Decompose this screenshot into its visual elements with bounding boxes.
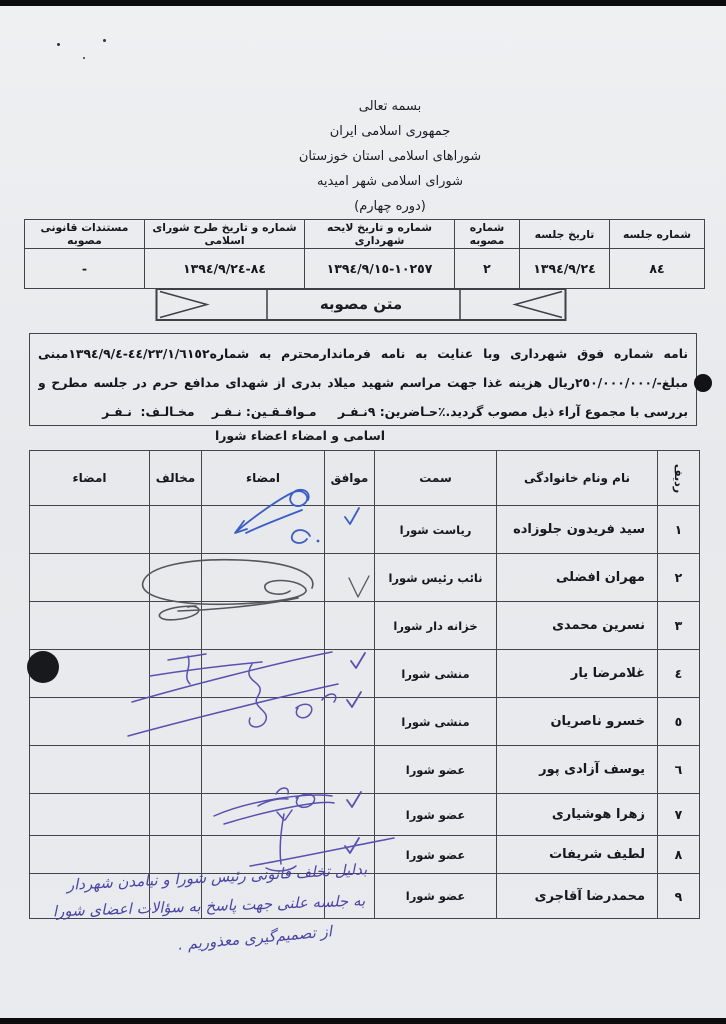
col-signature-agree: امضاء bbox=[202, 451, 325, 506]
scan-edge-bottom bbox=[0, 1018, 726, 1024]
member-row-7: ٧ زهرا هوشیاری عضو شورا bbox=[30, 794, 700, 836]
member-row-1: ١ سید فریدون جلوزاده ریاست شورا bbox=[30, 506, 700, 554]
col-session-date: تاریخ جلسه bbox=[520, 220, 610, 249]
legal-documentation-value: - bbox=[25, 249, 145, 289]
opposed-cell bbox=[150, 794, 202, 836]
header-line-basmala: بسمه تعالی bbox=[200, 94, 580, 119]
opposed-signature-cell bbox=[30, 836, 150, 874]
opposed-cell bbox=[150, 746, 202, 794]
signature-cell bbox=[202, 554, 325, 602]
member-position: منشی شورا bbox=[375, 650, 497, 698]
signature-cell bbox=[202, 602, 325, 650]
scanned-council-resolution-page: بسمه تعالی جمهوری اسلامی ایران شوراهای ا… bbox=[0, 0, 726, 1024]
agree-cell bbox=[325, 602, 375, 650]
member-row-5: ٥ خسرو ناصریان منشی شورا bbox=[30, 698, 700, 746]
agree-cell bbox=[325, 746, 375, 794]
agree-cell bbox=[325, 506, 375, 554]
col-resolution-number: شماره مصوبه bbox=[455, 220, 520, 249]
col-municipality-bill: شماره و تاریخ لایحه شهرداری bbox=[305, 220, 455, 249]
row-number: ٨ bbox=[658, 836, 700, 874]
row-number: ٧ bbox=[658, 794, 700, 836]
body-line-1: نامه شماره فوق شهرداری وبا عنایت به نامه… bbox=[38, 339, 688, 368]
member-name: محمدرضا آقاجری bbox=[497, 874, 658, 919]
member-row-4: ٤ غلامرضا یار منشی شورا bbox=[30, 650, 700, 698]
signatures-section-heading: اسامی و امضاء اعضاء شورا bbox=[150, 428, 450, 443]
row-number: ٥ bbox=[658, 698, 700, 746]
signature-cell bbox=[202, 650, 325, 698]
col-position: سمت bbox=[375, 451, 497, 506]
header-line-country: جمهوری اسلامی ایران bbox=[200, 119, 580, 144]
member-name: مهران افضلی bbox=[497, 554, 658, 602]
body-line-3: بررسی با مجموع آراء ذیل مصوب گردید.٪حـاض… bbox=[38, 397, 688, 426]
signature-cell bbox=[202, 506, 325, 554]
opposed-cell bbox=[150, 554, 202, 602]
handwritten-note-line-3: از تصمیم‌گیری معذوریم . bbox=[140, 919, 371, 957]
ribbon-title: متن مصوبه bbox=[155, 287, 567, 322]
signature-cell bbox=[202, 698, 325, 746]
row-number: ٣ bbox=[658, 602, 700, 650]
scan-speck bbox=[103, 39, 106, 42]
opposed-signature-cell bbox=[30, 506, 150, 554]
col-row-number: ردیف bbox=[658, 451, 700, 506]
body-line-2: مبلغ-/٢٥٠/٠٠٠/٠٠٠ریال هزینه غذا جهت مراس… bbox=[38, 368, 688, 397]
info-header-row: شماره جلسه تاریخ جلسه شماره مصوبه شماره … bbox=[25, 220, 705, 249]
row-number: ٤ bbox=[658, 650, 700, 698]
document-header: بسمه تعالی جمهوری اسلامی ایران شوراهای ا… bbox=[200, 94, 580, 219]
member-name: نسرین محمدی bbox=[497, 602, 658, 650]
signature-header-row: ردیف نام ونام خانوادگی سمت موافق امضاء م… bbox=[30, 451, 700, 506]
col-agree: موافق bbox=[325, 451, 375, 506]
member-position: خزانه دار شورا bbox=[375, 602, 497, 650]
col-opposed: مخالف bbox=[150, 451, 202, 506]
session-date-value: ١٣٩٤/٩/٢٤ bbox=[520, 249, 610, 289]
member-position: عضو شورا bbox=[375, 746, 497, 794]
member-position: ریاست شورا bbox=[375, 506, 497, 554]
opposed-cell bbox=[150, 650, 202, 698]
scan-speck bbox=[57, 43, 60, 46]
scan-speck bbox=[83, 57, 85, 59]
agree-cell bbox=[325, 794, 375, 836]
session-number-value: ٨٤ bbox=[610, 249, 705, 289]
opposed-signature-cell bbox=[30, 602, 150, 650]
opposed-signature-cell bbox=[30, 794, 150, 836]
header-line-city-council: شورای اسلامی شهر امیدیه bbox=[200, 169, 580, 194]
member-position: عضو شورا bbox=[375, 874, 497, 919]
col-full-name: نام ونام خانوادگی bbox=[497, 451, 658, 506]
member-name: لطیف شریفات bbox=[497, 836, 658, 874]
municipality-bill-value: ١٣٩٤/٩/١٥-١٠٢٥٧ bbox=[305, 249, 455, 289]
member-position: منشی شورا bbox=[375, 698, 497, 746]
signature-table: ردیف نام ونام خانوادگی سمت موافق امضاء م… bbox=[29, 450, 700, 919]
opposed-cell bbox=[150, 602, 202, 650]
col-legal-documentation: مستندات قانونی مصوبه bbox=[25, 220, 145, 249]
opposed-signature-cell bbox=[30, 746, 150, 794]
opposed-cell bbox=[150, 836, 202, 874]
member-position: نائب رئیس شورا bbox=[375, 554, 497, 602]
opposed-cell bbox=[150, 698, 202, 746]
signature-cell bbox=[202, 794, 325, 836]
member-row-6: ٦ یوسف آزادی پور عضو شورا bbox=[30, 746, 700, 794]
info-value-row: ٨٤ ١٣٩٤/٩/٢٤ ٢ ١٣٩٤/٩/١٥-١٠٢٥٧ ١٣٩٤/٩/٢٤… bbox=[25, 249, 705, 289]
row-number: ٩ bbox=[658, 874, 700, 919]
row-number: ٦ bbox=[658, 746, 700, 794]
header-line-province-councils: شوراهای اسلامی استان خوزستان bbox=[200, 144, 580, 169]
member-row-2: ٢ مهران افضلی نائب رئیس شورا bbox=[30, 554, 700, 602]
opposed-signature-cell bbox=[30, 554, 150, 602]
resolution-info-table: شماره جلسه تاریخ جلسه شماره مصوبه شماره … bbox=[24, 219, 705, 289]
opposed-signature-cell bbox=[30, 698, 150, 746]
col-signature-opposed: امضاء bbox=[30, 451, 150, 506]
row-number: ٢ bbox=[658, 554, 700, 602]
member-name: یوسف آزادی پور bbox=[497, 746, 658, 794]
member-name: غلامرضا یار bbox=[497, 650, 658, 698]
col-council-plan: شماره و تاریخ طرح شورای اسلامی bbox=[145, 220, 305, 249]
scan-edge-top bbox=[0, 0, 726, 6]
opposed-signature-cell bbox=[30, 650, 150, 698]
member-position: عضو شورا bbox=[375, 794, 497, 836]
agree-cell bbox=[325, 698, 375, 746]
header-line-term: (دوره چهارم) bbox=[200, 194, 580, 219]
resolution-number-value: ٢ bbox=[455, 249, 520, 289]
member-name: سید فریدون جلوزاده bbox=[497, 506, 658, 554]
member-name: خسرو ناصریان bbox=[497, 698, 658, 746]
agree-cell bbox=[325, 554, 375, 602]
resolution-text-ribbon: متن مصوبه bbox=[155, 287, 567, 322]
signature-cell bbox=[202, 746, 325, 794]
agree-cell bbox=[325, 650, 375, 698]
council-plan-value: ١٣٩٤/٩/٢٤-٨٤ bbox=[145, 249, 305, 289]
opposed-cell bbox=[150, 506, 202, 554]
member-name: زهرا هوشیاری bbox=[497, 794, 658, 836]
row-number: ١ bbox=[658, 506, 700, 554]
col-session-number: شماره جلسه bbox=[610, 220, 705, 249]
resolution-body-text: نامه شماره فوق شهرداری وبا عنایت به نامه… bbox=[29, 333, 697, 426]
member-row-3: ٣ نسرین محمدی خزانه دار شورا bbox=[30, 602, 700, 650]
